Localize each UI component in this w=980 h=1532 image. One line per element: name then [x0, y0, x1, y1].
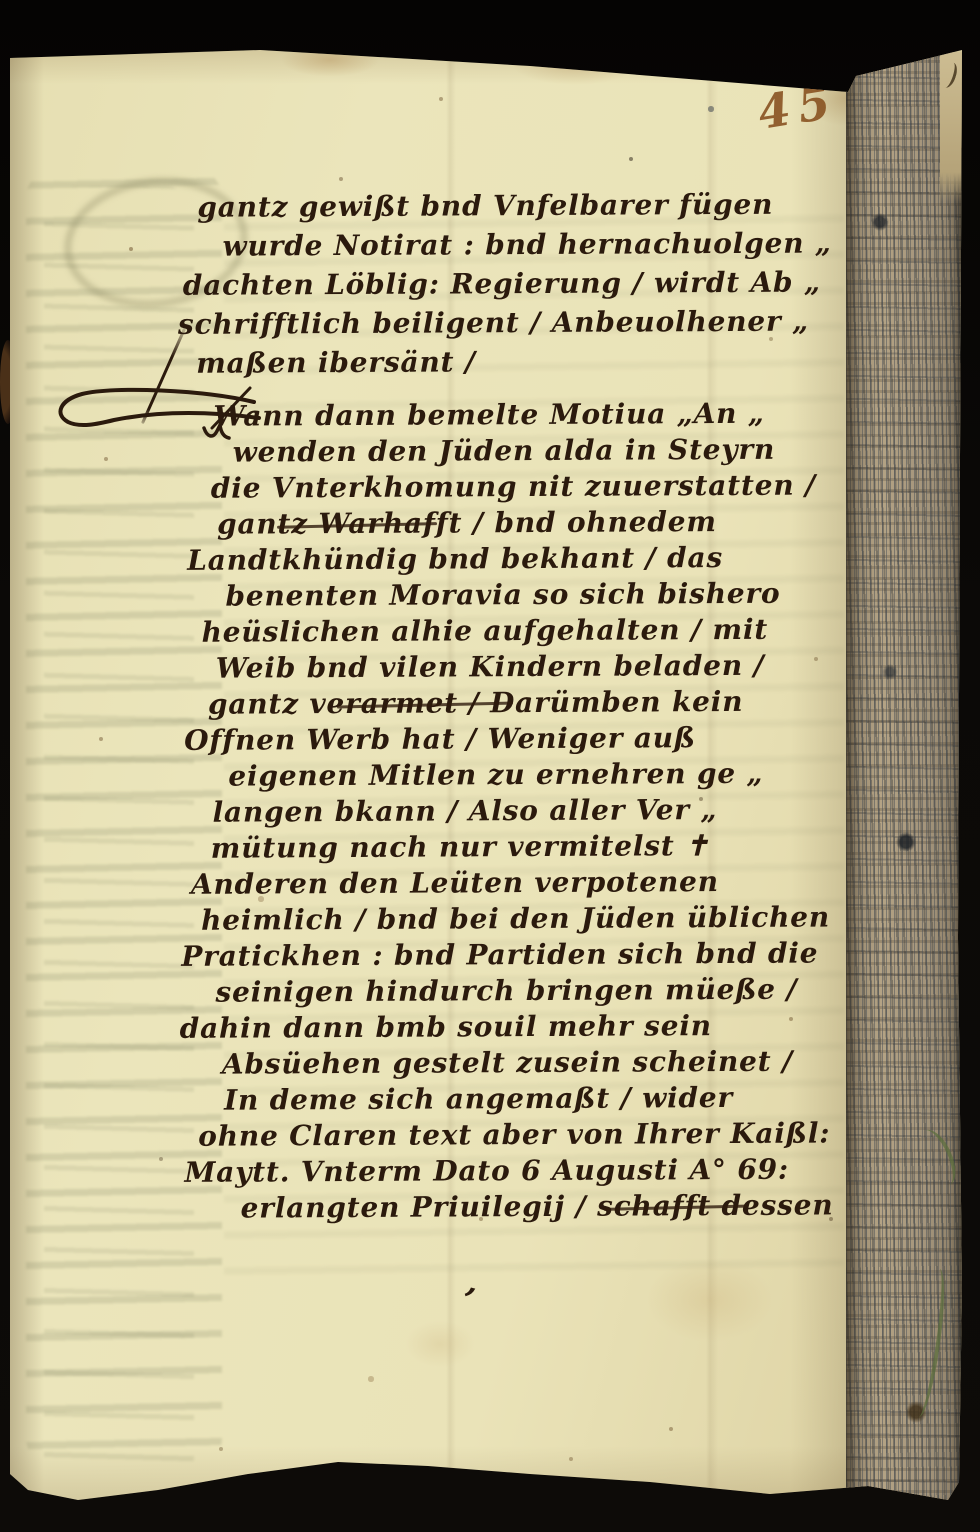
manuscript-photo: 45 gantz gewißt bnd Vnfelbarer fügen wur… [0, 0, 980, 1532]
text-line: Absüehen gestelt zusein scheinet / [222, 1047, 888, 1086]
text-line: benenten Moravia so sich bishero [225, 579, 885, 618]
text-line: eigenen Mitlen zu ernehren ge „ [228, 759, 886, 798]
text-line: gantz verarmet / Darümben kein [208, 687, 886, 727]
text-line: Weib bnd vilen Kindern beladen / [216, 651, 886, 691]
ink-mark: ’ [458, 1283, 478, 1319]
text-line: mütung nach nur vermitelst ✝ [211, 831, 887, 871]
text-line: maßen ibersänt / [196, 346, 884, 389]
text-block: gantz gewißt bnd Vnfelbarer fügen wurde … [183, 190, 888, 1231]
text-line: die Vnterkhomung nit zuuerstatten / [211, 471, 885, 511]
text-line: Landtkhündig bnd bekhant / das [187, 543, 885, 583]
text-line: schrifftlich beiligent / Anbeuolhener „ [178, 307, 884, 350]
paper-specks [10, 38, 12, 40]
text-line: erlangten Priuilegij / schafft dessen [241, 1191, 889, 1230]
bleedthrough-text [44, 186, 194, 1486]
text-line: heüslichen alhie aufgehalten / mit [202, 615, 886, 655]
paragraph: Wann dann bemelte Motiua „An „ wenden de… [184, 399, 888, 1231]
book-fore-edge [846, 52, 962, 1504]
text-line: seinigen hindurch bringen müeße / [215, 975, 887, 1015]
paragraph: gantz gewißt bnd Vnfelbarer fügen wurde … [183, 190, 884, 389]
folio-number: 45 [755, 78, 841, 136]
edge-folio-number: 45 [835, 32, 879, 68]
text-line: Offnen Werb hat / Weniger auß [184, 723, 886, 763]
text-line: gantz Warhafft / bnd ohnedem [217, 507, 885, 546]
text-line: Wann dann bemelte Motiua „An „ [213, 399, 884, 439]
manuscript-page: 45 gantz gewißt bnd Vnfelbarer fügen wur… [10, 38, 962, 1506]
text-line: langen bkann / Also aller Ver „ [212, 795, 886, 835]
